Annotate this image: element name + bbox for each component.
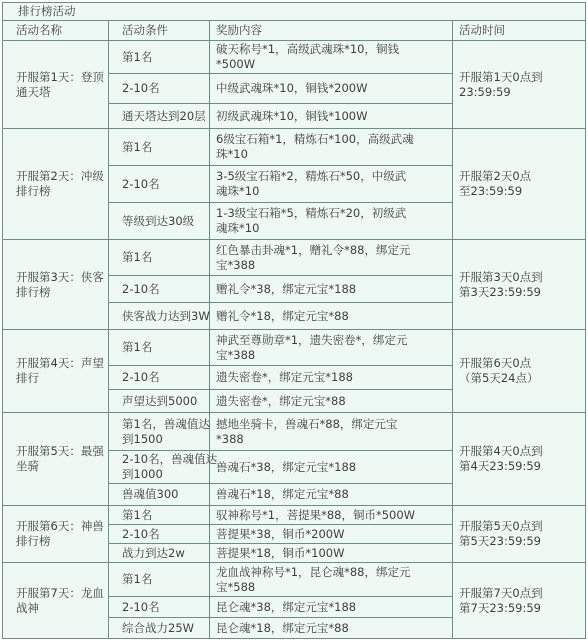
reward-cell: 菩提果*18，铜币*100W: [210, 544, 453, 563]
reward-cell: 1-3级宝石箱*5，精炼石*20，初级武 魂珠*10: [210, 203, 453, 240]
activity-time-cell: 开服第3天0点到 第3天23:59:59: [453, 240, 586, 330]
reward-cell: 兽魂石*18，绑定元宝*88: [210, 484, 453, 506]
activity-time-cell: 开服第2天0点 至23:59:59: [453, 129, 586, 240]
condition-cell: 综合战力25W: [109, 618, 210, 639]
table-row: 开服第4天：声望 排行 第1名 神武至尊勋章*1，遗失密卷*，绑定元 宝*388…: [3, 330, 586, 366]
activity-name-cell: 开服第3天：侠客 排行榜: [3, 240, 109, 330]
table-row: 开服第7天：龙血 战神 第1名 龙血战神称号*1，昆仑魂*88，绑定元 宝*58…: [3, 563, 586, 597]
reward-cell: 红色暴击卦魂*1，赠礼令*88，绑定元 宝*388: [210, 240, 453, 276]
activity-name-cell: 开服第5天：最强 坐骑: [3, 413, 109, 506]
table-row: 开服第5天：最强 坐骑 第1名，兽魂值达 到1500 撼地坐骑卡，兽魂石*88，…: [3, 413, 586, 451]
condition-cell: 第1名: [109, 41, 210, 74]
reward-cell: 3-5级宝石箱*2，精炼石*50，中级武 魂珠*10: [210, 166, 453, 203]
condition-cell: 第1名: [109, 129, 210, 166]
reward-cell: 赠礼令*18，绑定元宝*88: [210, 303, 453, 330]
reward-cell: 神武至尊勋章*1，遗失密卷*，绑定元 宝*388: [210, 330, 453, 366]
reward-cell: 遗失密卷*，绑定元宝*188: [210, 366, 453, 390]
condition-cell: 2-10名，兽魂值达 到1000: [109, 451, 210, 484]
activity-time-cell: 开服第5天0点到 第5天23:59:59: [453, 506, 586, 563]
reward-cell: 驭神称号*1，菩提果*88，铜币*500W: [210, 506, 453, 525]
condition-cell: 战力到达2w: [109, 544, 210, 563]
column-header-reward-content: 奖励内容: [210, 21, 453, 41]
table-row: 开服第1天：登顶 通天塔 第1名 破天称号*1，高级武魂珠*10，铜钱 *500…: [3, 41, 586, 74]
column-header-activity-time: 活动时间: [453, 21, 586, 41]
reward-cell: 撼地坐骑卡，兽魂石*88，绑定元宝 *388: [210, 413, 453, 451]
condition-cell: 2-10名: [109, 597, 210, 618]
condition-cell: 第1名: [109, 240, 210, 276]
condition-cell: 等级到达30级: [109, 203, 210, 240]
reward-cell: 龙血战神称号*1，昆仑魂*88，绑定元 宝*588: [210, 563, 453, 597]
condition-cell: 2-10名: [109, 525, 210, 544]
column-header-activity-name: 活动名称: [3, 21, 109, 41]
reward-cell: 昆仑魂*18，绑定元宝*88: [210, 618, 453, 639]
activity-name-cell: 开服第2天：冲级 排行榜: [3, 129, 109, 240]
condition-cell: 第1名: [109, 506, 210, 525]
condition-cell: 声望达到5000: [109, 390, 210, 413]
condition-cell: 侠客战力达到3W: [109, 303, 210, 330]
activity-name-cell: 开服第4天：声望 排行: [3, 330, 109, 413]
condition-cell: 第1名，兽魂值达 到1500: [109, 413, 210, 451]
page-title: 排行榜活动: [3, 3, 586, 21]
activity-table-container: 排行榜活动 活动名称 活动条件 奖励内容 活动时间 开服第1天：登顶 通天塔 第…: [0, 0, 588, 641]
condition-cell: 2-10名: [109, 74, 210, 104]
reward-cell: 菩提果*38，铜币*200W: [210, 525, 453, 544]
condition-cell: 2-10名: [109, 166, 210, 203]
activity-time-cell: 开服第7天0点到 第7天23:59:59: [453, 563, 586, 639]
activity-time-cell: 开服第4天0点到 第4天23:59:59: [453, 413, 586, 506]
table-row: 开服第3天：侠客 排行榜 第1名 红色暴击卦魂*1，赠礼令*88，绑定元 宝*3…: [3, 240, 586, 276]
reward-cell: 初级武魂珠*10，铜钱*100W: [210, 104, 453, 129]
table-row: 开服第2天：冲级 排行榜 第1名 6级宝石箱*1，精炼石*100，高级武魂 珠*…: [3, 129, 586, 166]
activity-time-cell: 开服第6天0点 （第5天24点）: [453, 330, 586, 413]
activity-name-cell: 开服第7天：龙血 战神: [3, 563, 109, 639]
reward-cell: 中级武魂珠*10，铜钱*200W: [210, 74, 453, 104]
column-header-activity-condition: 活动条件: [109, 21, 210, 41]
reward-cell: 昆仑魂*38，绑定元宝*188: [210, 597, 453, 618]
activity-name-cell: 开服第6天：神兽 排行榜: [3, 506, 109, 563]
condition-cell: 兽魂值300: [109, 484, 210, 506]
table-title-row: 排行榜活动: [3, 3, 586, 21]
condition-cell: 第1名: [109, 330, 210, 366]
activity-time-cell: 开服第1天0点到 23:59:59: [453, 41, 586, 129]
condition-cell: 通天塔达到20层: [109, 104, 210, 129]
table-row: 开服第6天：神兽 排行榜 第1名 驭神称号*1，菩提果*88，铜币*500W 开…: [3, 506, 586, 525]
activity-name-cell: 开服第1天：登顶 通天塔: [3, 41, 109, 129]
reward-cell: 赠礼令*38，绑定元宝*188: [210, 276, 453, 303]
condition-cell: 第1名: [109, 563, 210, 597]
reward-cell: 兽魂石*38，绑定元宝*188: [210, 451, 453, 484]
reward-cell: 破天称号*1，高级武魂珠*10，铜钱 *500W: [210, 41, 453, 74]
reward-cell: 6级宝石箱*1，精炼石*100，高级武魂 珠*10: [210, 129, 453, 166]
ranking-activity-table: 排行榜活动 活动名称 活动条件 奖励内容 活动时间 开服第1天：登顶 通天塔 第…: [2, 2, 586, 639]
condition-cell: 2-10名: [109, 276, 210, 303]
table-header-row: 活动名称 活动条件 奖励内容 活动时间: [3, 21, 586, 41]
condition-cell: 2-10名: [109, 366, 210, 390]
reward-cell: 遗失密卷*，绑定元宝*88: [210, 390, 453, 413]
